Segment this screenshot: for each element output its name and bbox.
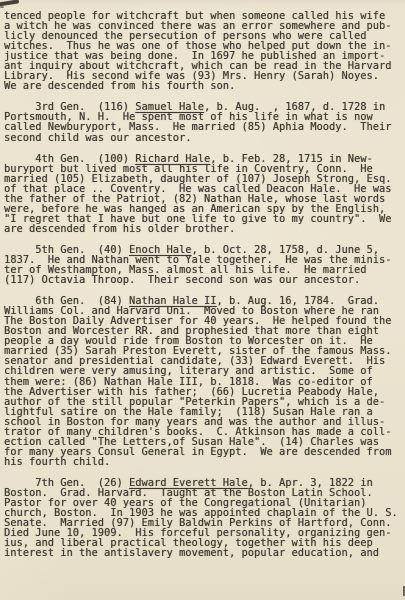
scan-corner-dot (0, 6, 4, 8)
text-line: his fourth child. (4, 457, 405, 467)
document-body: tenced people for witchcraft but when so… (4, 11, 405, 569)
paragraph-5th-gen-enoch-hale: 5th Gen. (40) Enoch Hale, b. Oct. 28, 17… (4, 245, 405, 285)
paragraph-2nd-gen-continued: tenced people for witchcraft but when so… (4, 11, 405, 91)
text-line: called Newburyport, Mass. He married (85… (4, 122, 405, 132)
text-line: interest in the antislavery movement, po… (4, 548, 405, 558)
text-line: are descended from his older brother. (4, 224, 405, 234)
paragraph-7th-gen-edward-everett-hale: 7th Gen. (26) Edward Everett Hale, b. Ap… (4, 478, 405, 558)
text-line: We are descended from his fourth son. (4, 81, 405, 91)
text-line: children were very amusing, literary and… (4, 366, 405, 376)
paragraph-4th-gen-richard-hale: 4th Gen. (100) Richard Hale, b. Feb. 28,… (4, 154, 405, 234)
text-line: (117) Octavia Throop. Their second son w… (4, 275, 405, 285)
paragraph-3rd-gen-samuel-hale: 3rd Gen. (116) Samuel Hale, b. Aug. , 16… (4, 102, 405, 142)
scanned-document-page: tenced people for witchcraft but when so… (0, 0, 405, 600)
text-line: second child was our ancestor. (4, 133, 405, 143)
paragraph-6th-gen-nathan-hale-ii: 6th Gen. (84) Nathan Hale II, b. Aug. 16… (4, 296, 405, 467)
